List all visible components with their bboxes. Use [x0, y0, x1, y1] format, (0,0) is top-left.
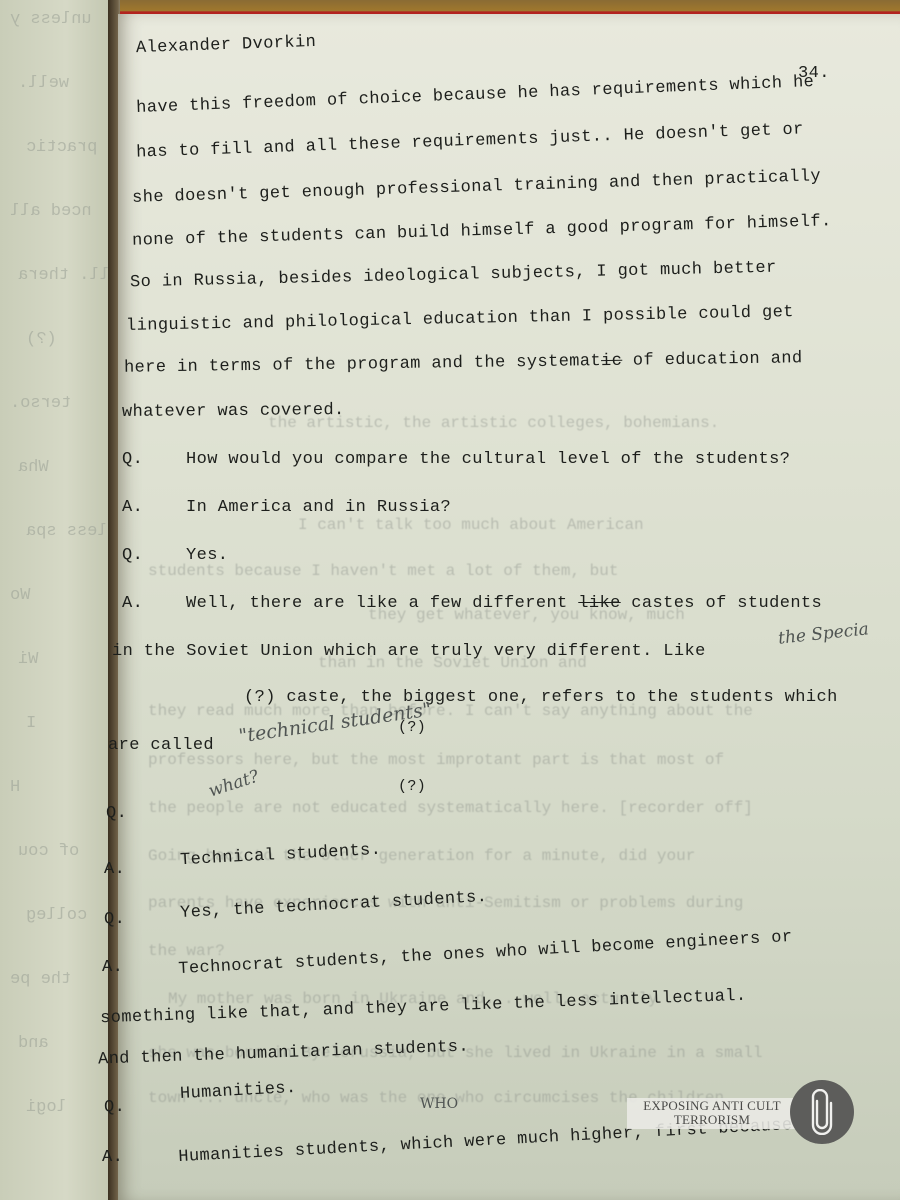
transcript-line: Technocrat students, the ones who will b…: [178, 928, 793, 979]
transcript-line: none of the students can build himself a…: [132, 212, 832, 251]
speaker-label: A.: [122, 594, 143, 613]
transcript-line: she doesn't get enough professional trai…: [132, 167, 821, 208]
transcript-line: here in terms of the program and the sys…: [124, 349, 803, 377]
transcript-line: linguistic and philological education th…: [126, 303, 794, 336]
transcript-line: Yes.: [186, 546, 228, 565]
struck-text: like: [578, 594, 620, 613]
speaker-label: Q.: [122, 546, 143, 565]
header-name: Alexander Dvorkin: [136, 33, 317, 58]
speaker-label: A.: [122, 498, 143, 517]
speaker-label: Q.: [106, 804, 127, 823]
handwritten-margin-note: the Specia: [777, 619, 870, 648]
transcript-line: has to fill and all these requirements j…: [136, 120, 804, 162]
transcript-page: the artistic, the artistic colleges, boh…: [118, 14, 900, 1200]
speaker-label: Q.: [104, 1098, 125, 1117]
paperclip-icon: [790, 1080, 854, 1144]
handwritten-who: WHO: [420, 1096, 458, 1112]
watermark-line-2: TERRORISM: [627, 1113, 797, 1127]
speaker-label: Q.: [122, 450, 143, 469]
speaker-label: A.: [104, 860, 125, 879]
transcript-line: So in Russia, besides ideological subjec…: [130, 259, 777, 293]
handwritten-q-note: what?: [206, 767, 261, 802]
transcript-line: (?) caste, the biggest one, refers to th…: [244, 688, 838, 707]
watermark-label: EXPOSING ANTI CULT TERRORISM: [627, 1098, 797, 1129]
transcript-line: How would you compare the cultural level…: [186, 450, 790, 469]
transcript-line: have this freedom of choice because he h…: [136, 73, 815, 118]
speaker-label: A.: [102, 958, 123, 977]
watermark-line-1: EXPOSING ANTI CULT: [627, 1099, 797, 1113]
transcript-line: whatever was covered.: [122, 401, 345, 422]
transcript-line: are called: [108, 736, 214, 755]
transcript-line: In America and in Russia?: [186, 498, 451, 517]
speaker-label: Q.: [104, 910, 125, 929]
transcript-line: in the Soviet Union which are truly very…: [112, 642, 706, 661]
struck-text: ic: [601, 352, 622, 371]
transcript-line: (?): [398, 778, 426, 795]
speaker-label: A.: [102, 1148, 123, 1167]
transcript-line: Technical students.: [180, 841, 382, 871]
transcript-line: And then the humanitarian students.: [98, 1038, 469, 1070]
transcript-line: Well, there are like a few different lik…: [186, 594, 822, 613]
